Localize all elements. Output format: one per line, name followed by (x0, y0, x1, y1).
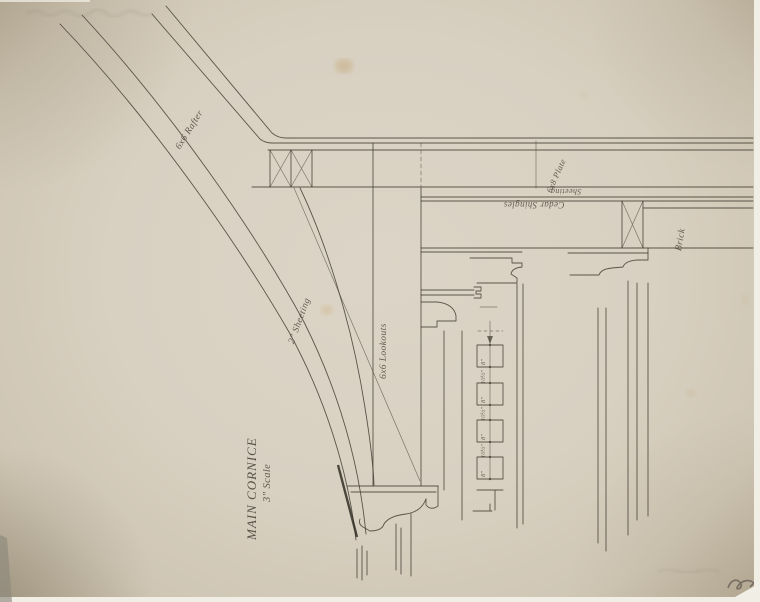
dim-modillion-width: 8" (480, 471, 487, 477)
label-band-sheeting: Sheeting (540, 187, 592, 196)
crown-mold-foot (359, 499, 426, 531)
drawing-linework (0, 0, 760, 602)
pencil-annotations (26, 10, 754, 589)
modillion-strip (473, 344, 503, 511)
dimension-arrow (487, 336, 493, 344)
pencil-note-top-left (26, 10, 154, 17)
x-section-mark (622, 201, 643, 248)
label-cedar-shingles: Cedar Shingles (492, 200, 576, 210)
curved-rafter-lines (60, 15, 420, 540)
fascia-notch (474, 287, 481, 298)
scan-edges (0, 0, 760, 602)
lookout-lines (373, 143, 421, 486)
corner-shadow (0, 535, 12, 602)
label-lookouts: 6x6 Lookouts (379, 323, 389, 379)
drawing-title: MAIN CORNICE (244, 437, 260, 540)
cornice-profile (421, 252, 522, 480)
brace-line (294, 188, 420, 481)
dim-modillion-width: 8" (480, 359, 487, 365)
fascia-edge (338, 465, 357, 537)
bed-molding (421, 302, 456, 327)
wall-face-lines (444, 281, 648, 551)
wall-band (421, 197, 753, 248)
pencil-scribble (728, 580, 754, 589)
crown-molding (470, 258, 522, 283)
belt-course-profile (568, 248, 648, 275)
dim-modillion-space: 10½" (480, 444, 487, 458)
architrave-steps (473, 490, 503, 511)
roof-sheathing-lines (152, 6, 753, 143)
drawing-sheet: 6x6 Rafter 2" Sheeting 6x6 Lookouts 6x8 … (0, 0, 760, 602)
gutter-assembly (338, 465, 438, 580)
dim-modillion-space: 10½" (480, 370, 487, 384)
drawing-scale: 3" Scale (262, 464, 273, 502)
dim-modillion-width: 8" (480, 397, 487, 403)
gutter-return (426, 486, 438, 508)
dim-modillion-space: 10½" (480, 407, 487, 421)
plate-band (252, 141, 753, 188)
dim-modillion-width: 8" (480, 434, 487, 440)
pencil-note-bottom-right (658, 569, 720, 573)
